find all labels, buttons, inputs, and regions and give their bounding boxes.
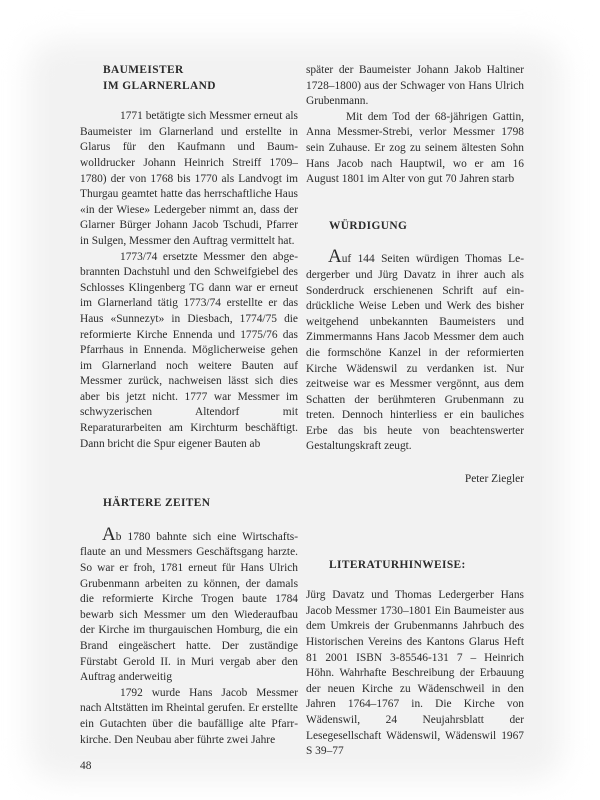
paragraph-continuation: später der Baumeister Johann Jakob Halti…: [306, 63, 524, 110]
paragraph-literatur: Jürg Davatz und Thomas Ledergerber Hans …: [306, 588, 524, 760]
author-signature: Peter Ziegler: [306, 472, 524, 488]
document-page: BAUMEISTER IM GLARNERLAND 1771 betätigte…: [0, 0, 600, 800]
paragraph-text: b 1780 bahnte sich eine Wirtschafts­flau…: [80, 531, 298, 683]
paragraph-1773: 1773/74 ersetzte Messmer den abge­brannt…: [80, 250, 298, 453]
section-heading-literaturhinweise: LITERATURHINWEISE:: [306, 558, 524, 574]
right-column: später der Baumeister Johann Jakob Halti…: [306, 63, 524, 760]
paragraph-death: Mit dem Tod der 68-jährigen Gattin, Anna…: [306, 110, 524, 188]
section-heading-haertere-zeiten: HÄRTERE ZEITEN: [80, 496, 298, 512]
paragraph-text: uf 144 Seiten würdigen Thomas Le­dergerb…: [306, 253, 524, 452]
paragraph-wuerdigung: Auf 144 Seiten würdigen Thomas Le­derger…: [306, 249, 524, 455]
drop-cap: A: [328, 246, 342, 267]
drop-cap: A: [102, 524, 116, 545]
paragraph-1792: 1792 wurde Hans Jacob Messmer nach Altst…: [80, 686, 298, 748]
paragraph-1780: Ab 1780 bahnte sich eine Wirtschafts­fla…: [80, 527, 298, 686]
section-heading-baumeister: BAUMEISTER IM GLARNERLAND: [80, 63, 298, 94]
section-heading-wuerdigung: WÜRDIGUNG: [306, 219, 524, 235]
page-number: 48: [80, 760, 91, 772]
paragraph-1771: 1771 betätigte sich Messmer erneut als B…: [80, 109, 298, 249]
heading-line-2: IM GLARNERLAND: [103, 80, 216, 92]
left-column: BAUMEISTER IM GLARNERLAND 1771 betätigte…: [80, 63, 298, 748]
heading-line-1: BAUMEISTER: [103, 64, 184, 76]
